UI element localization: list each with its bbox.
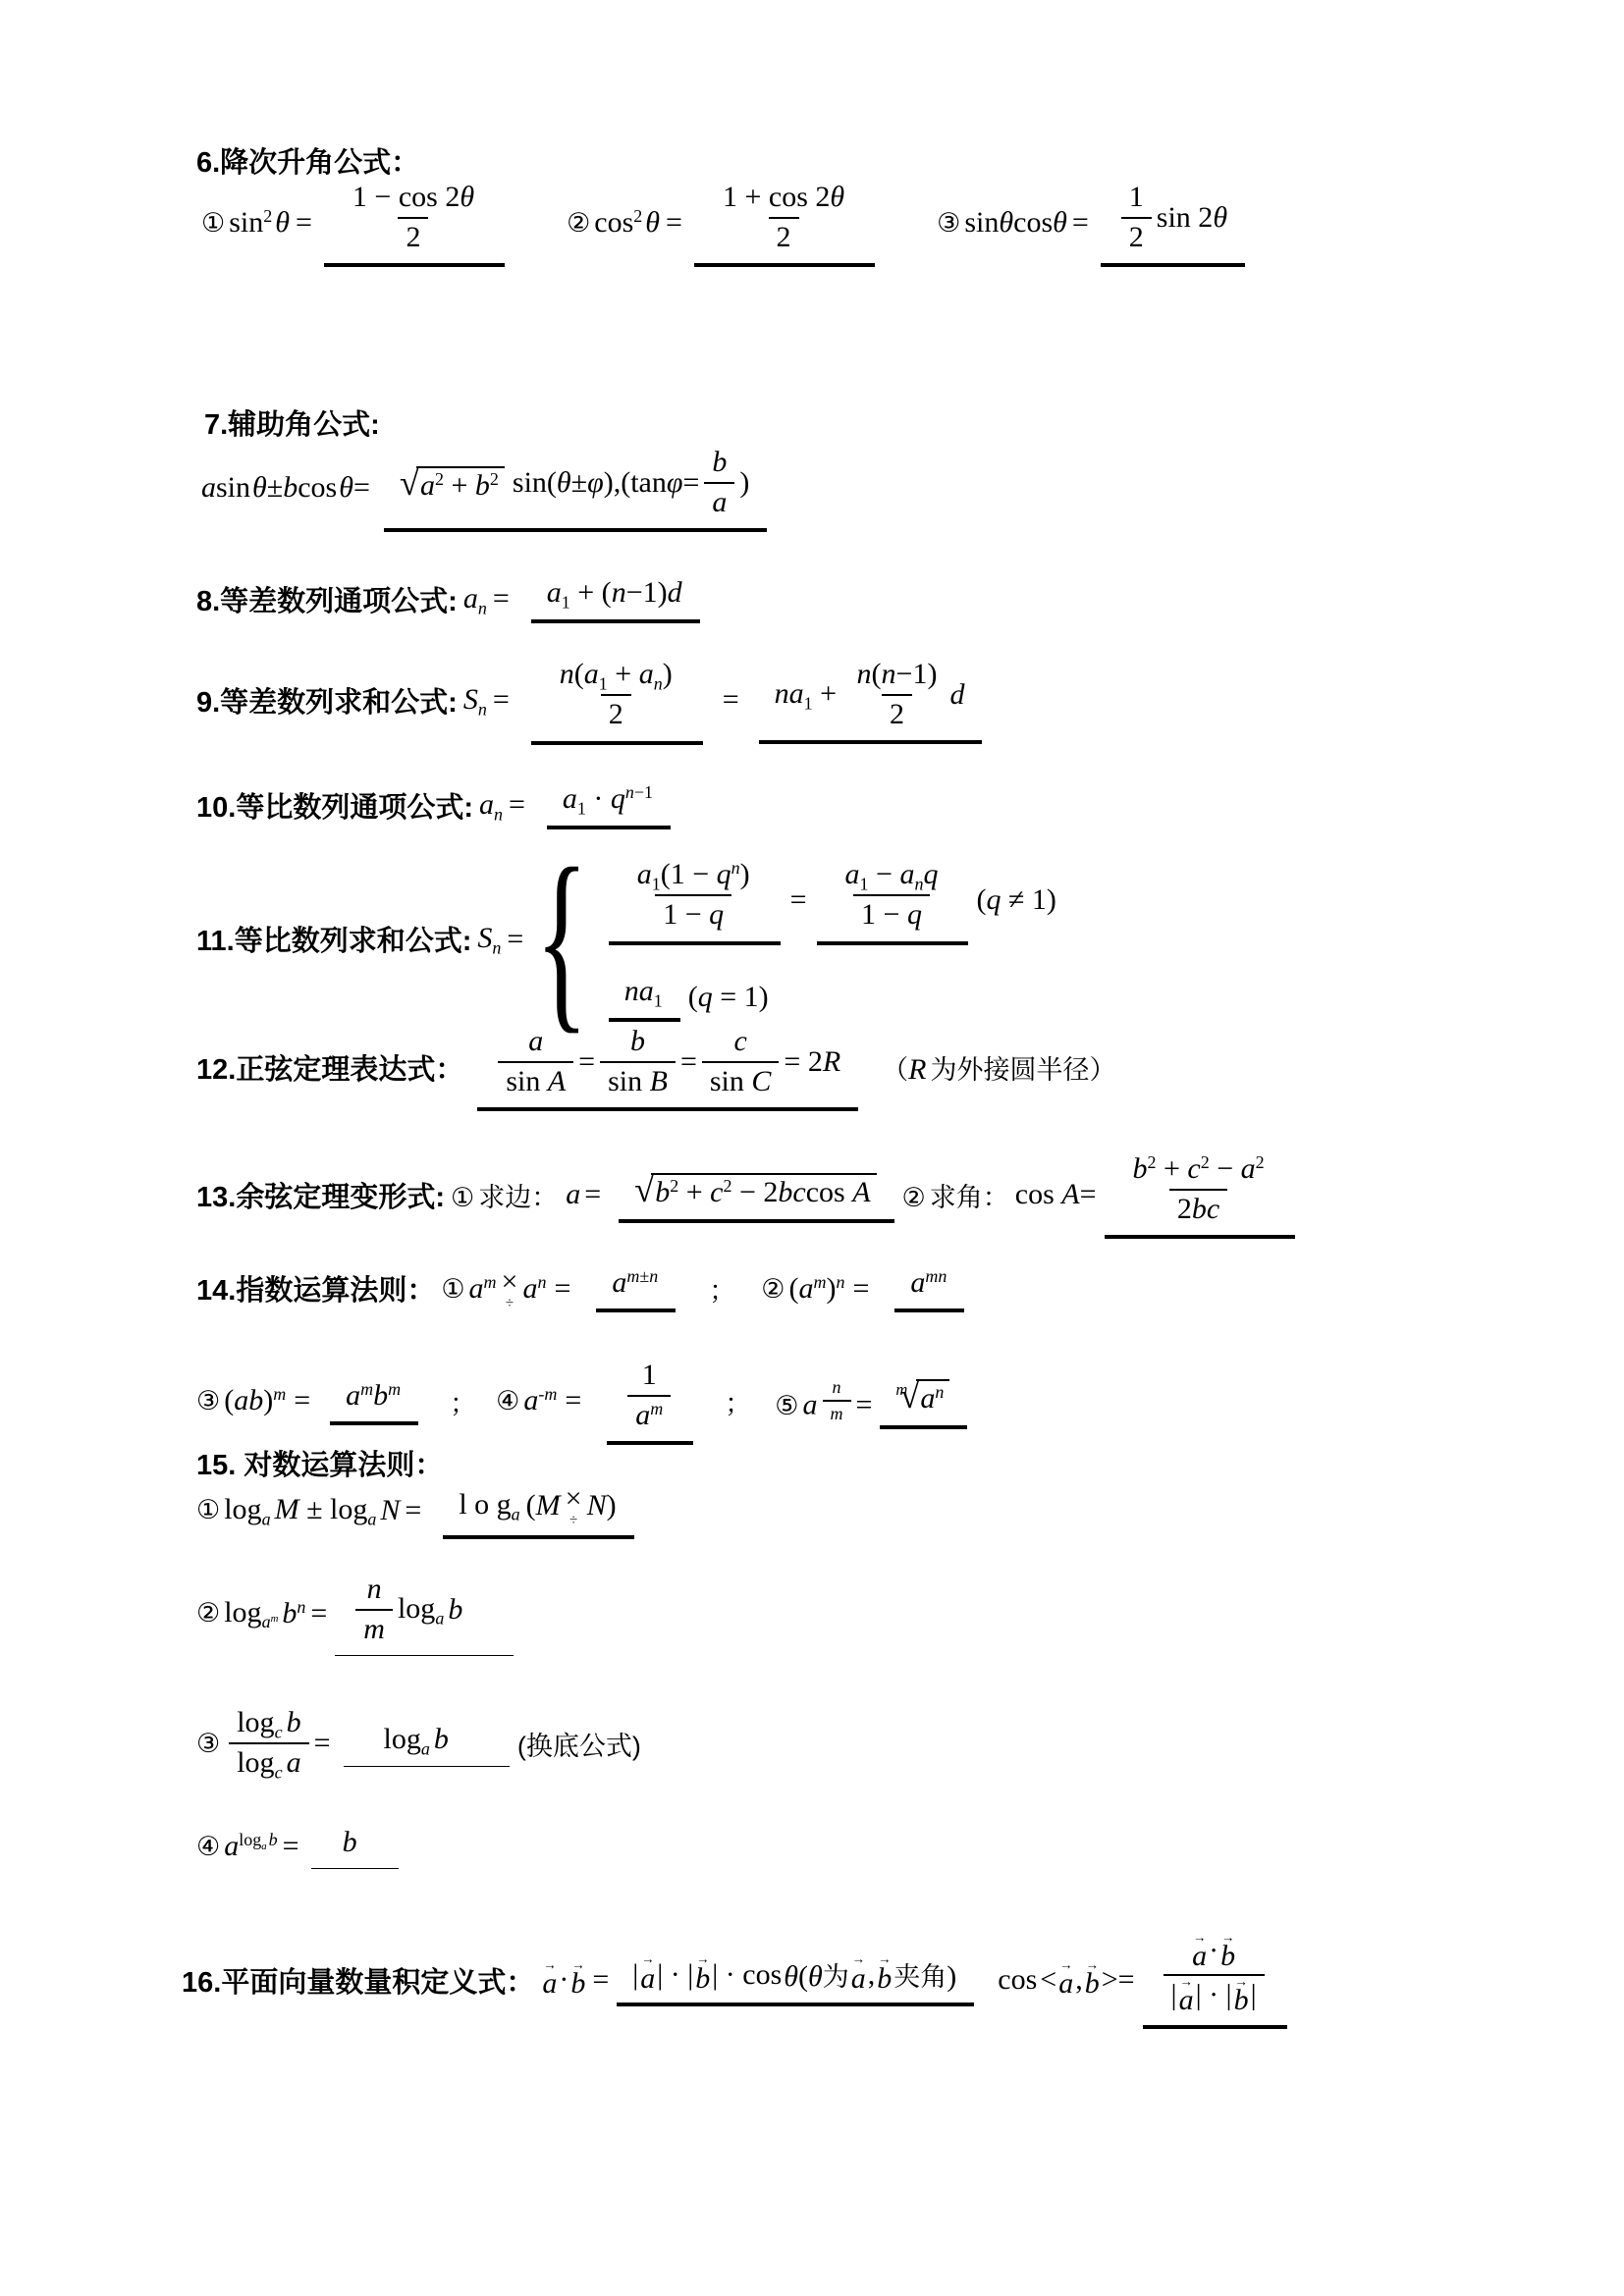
vector: →b [570,1961,585,2000]
vector: →a [851,1955,866,1994]
answer-blank: √a2 + b2sin(θ±φ),(tanφ=ba) [384,444,768,532]
section-15-line-2: ②logambn=nmlogab [196,1571,521,1656]
radical: √a2 + b2 [400,461,505,504]
section-13-heading: 13.余弦定理变形式: [196,1175,445,1215]
fraction: 12 [1121,181,1152,254]
answer-blank: 12sin 2θ [1101,179,1245,267]
section-9-line: 9.等差数列求和公式: Sn=n(a1 + an)2=na1 + n(n−1)2… [196,656,990,745]
circled-number: ② [761,1274,785,1305]
answer-blank: na1 + n(n−1)2d [759,656,983,744]
section-7-heading: 7.辅助角公式: [204,402,380,443]
section-16-line: 16.平面向量数量积定义式： →a·→b=|→a| · |→b| · cosθ(… [182,1932,1295,2029]
section-6-heading: 6.降次升角公式： [196,140,419,181]
answer-blank: a1 · qn−1 [547,780,671,829]
section-16-formula: →a·→b=|→a| · |→b| · cosθ(θ为→a,→b夹角)cos<→… [540,1932,1294,2029]
section-15-formula-1: ①logaM ± logaN=l o ga(M×÷N) [196,1482,642,1539]
section-10-heading: 10.等比数列通项公式: [196,785,473,826]
section-15-line-3: ③logcblogca=logab(换底公式) [196,1706,641,1782]
fraction: 1 + cos 2θ2 [715,181,852,254]
fraction: nm [355,1573,393,1646]
section-11-line: 11.等比数列求和公式: Sn={a1(1 − qn)1 − q=a1 − an… [196,856,1056,1022]
section-16-heading: 16.平面向量数量积定义式： [182,1960,534,2001]
multiply-divide-stack: ×÷ [502,1267,518,1309]
section-15-line-1: ①logaM ± logaN=l o ga(M×÷N) [196,1482,642,1539]
radical: √b2 + c2 − 2bccos A [634,1168,876,1210]
vector: →b [1234,1978,1249,2016]
vector: →b [695,1955,710,1994]
section-7-formula: asinθ±bcosθ=√a2 + b2sin(θ±φ),(tanφ=ba) [201,444,775,532]
circled-number: ② [196,1598,220,1629]
answer-blank: 1 − cos 2θ2 [324,179,505,267]
circled-number: ① [201,208,225,239]
answer-blank: 1am [607,1357,693,1445]
fraction: 1 − cos 2θ2 [345,181,482,254]
section-6-formula-line: ①sin2θ=1 − cos 2θ2②cos2θ=1 + cos 2θ2③sin… [201,179,1253,267]
circled-number: ② [567,208,590,239]
circled-number: ④ [496,1386,519,1416]
circled-number: ① [441,1274,464,1305]
answer-blank: na1 [609,973,680,1022]
fraction: n(a1 + an)2 [552,658,680,732]
vector: →b [1220,1934,1235,1972]
section-13-line: 13.余弦定理变形式: ①求边：a=√b2 + c2 − 2bccos A②求角… [196,1150,1303,1239]
answer-blank: b [311,1824,399,1869]
vector: →b [1085,1961,1100,2000]
answer-blank: →a·→b|→a| · |→b| [1143,1932,1287,2029]
fraction: asin A [498,1025,573,1098]
fraction: →a·→b|→a| · |→b| [1164,1934,1265,2016]
section-14-line-2: ③(ab)m=ambm；④a-m=1am；⑤anm=m√an [196,1357,975,1445]
answer-blank: a1 − anq1 − q [817,856,969,945]
section-12-formula: asin A=bsin B=csin C= 2R（R为外接圆半径） [469,1023,1115,1111]
section-9-heading: 9.等差数列求和公式: [196,680,458,721]
fraction: logcblogca [229,1706,308,1782]
section-14-formula-1: ①am×÷an=am±n；②(am)n=amn [441,1264,972,1312]
section-10-line: 10.等比数列通项公式: an=a1 · qn−1 [196,780,678,829]
section-8-line: 8.等差数列通项公式: an=a1 + (n−1)d [196,574,708,623]
fraction: bsin B [600,1025,676,1098]
answer-blank: √b2 + c2 − 2bccos A [619,1166,893,1223]
circled-number: ④ [196,1832,220,1862]
multiply-divide-stack: ×÷ [566,1484,582,1526]
fraction: ba [704,446,734,519]
circled-number: ② [902,1183,926,1213]
answer-blank: m√an [880,1372,967,1429]
section-15-heading: 15. 对数运算法则： [196,1443,443,1483]
section-15-line-4: ④alogab=b [196,1824,406,1869]
vector: →a [1192,1934,1207,1972]
vector: →a [1179,1978,1194,2016]
vector: →a [542,1961,557,2000]
section-13-formula: ①求边：a=√b2 + c2 − 2bccos A②求角：cos A=b2 + … [451,1150,1303,1239]
fraction: nm [823,1377,851,1423]
brace-icon: { [535,869,588,1010]
answer-blank: amn [894,1264,964,1312]
section-11-heading: 11.等比数列求和公式: [196,919,471,959]
circled-number: ⑤ [775,1391,798,1421]
answer-blank: logab [344,1721,509,1767]
fraction: n(n−1)2 [849,658,946,731]
section-8-formula: an=a1 + (n−1)d [463,574,708,623]
section-14-heading: 14.指数运算法则： [196,1268,435,1308]
section-9-formula: Sn=n(a1 + an)2=na1 + n(n−1)2d [463,656,991,745]
answer-blank: a1(1 − qn)1 − q [609,856,781,945]
section-12-heading: 12.正弦定理表达式： [196,1047,463,1088]
section-6-formula: ①sin2θ=1 − cos 2θ2②cos2θ=1 + cos 2θ2③sin… [201,179,1253,267]
section-8-heading: 8.等差数列通项公式: [196,579,458,619]
circled-number: ① [196,1495,220,1525]
section-15-formula-4: ④alogab=b [196,1824,406,1869]
section-14-formula-2: ③(ab)m=ambm；④a-m=1am；⑤anm=m√an [196,1357,975,1445]
answer-blank: 1 + cos 2θ2 [694,179,875,267]
fraction: a1(1 − qn)1 − q [629,858,758,933]
section-7-formula-line: asinθ±bcosθ=√a2 + b2sin(θ±φ),(tanφ=ba) [201,444,775,532]
section-11-formula: Sn={a1(1 − qn)1 − q=a1 − anq1 − q(q ≠ 1)… [477,856,1056,1022]
answer-blank: a1 + (n−1)d [531,574,700,623]
section-15-formula-3: ③logcblogca=logab(换底公式) [196,1706,641,1782]
section-12-line: 12.正弦定理表达式： asin A=bsin B=csin C= 2R（R为外… [196,1023,1115,1111]
cases-brace: {a1(1 − qn)1 − q=a1 − anq1 − q(q ≠ 1)na1… [527,856,1056,1022]
vector: →a [1058,1961,1073,2000]
answer-blank: |→a| · |→b| · cosθ(θ为→a,→b夹角) [617,1953,974,2006]
formula-sheet-page: 6.降次升角公式： ①sin2θ=1 − cos 2θ2②cos2θ=1 + c… [0,0,1624,2296]
fraction: csin C [702,1025,780,1098]
section-10-formula: an=a1 · qn−1 [479,780,678,829]
section-14-line-1: 14.指数运算法则： ①am×÷an=am±n；②(am)n=amn [196,1264,972,1312]
answer-blank: l o ga(M×÷N) [443,1482,633,1539]
fraction: a1 − anq1 − q [838,858,947,933]
answer-blank: nmlogab [335,1571,514,1656]
circled-number: ① [451,1183,474,1213]
circled-number: ③ [937,208,960,239]
answer-blank: ambm [330,1377,418,1425]
radical: m√an [895,1374,949,1416]
answer-blank: b2 + c2 − a22bc [1105,1150,1295,1239]
answer-blank: n(a1 + an)2 [531,656,703,745]
answer-blank: am±n [596,1264,676,1312]
vector: →a [640,1955,655,1994]
fraction: b2 + c2 − a22bc [1125,1152,1272,1226]
vector: →b [877,1955,892,1994]
fraction: 1am [627,1359,671,1432]
section-15-formula-2: ②logambn=nmlogab [196,1571,521,1656]
circled-number: ③ [196,1729,220,1759]
circled-number: ③ [196,1386,220,1416]
answer-blank: asin A=bsin B=csin C= 2R [477,1023,858,1111]
